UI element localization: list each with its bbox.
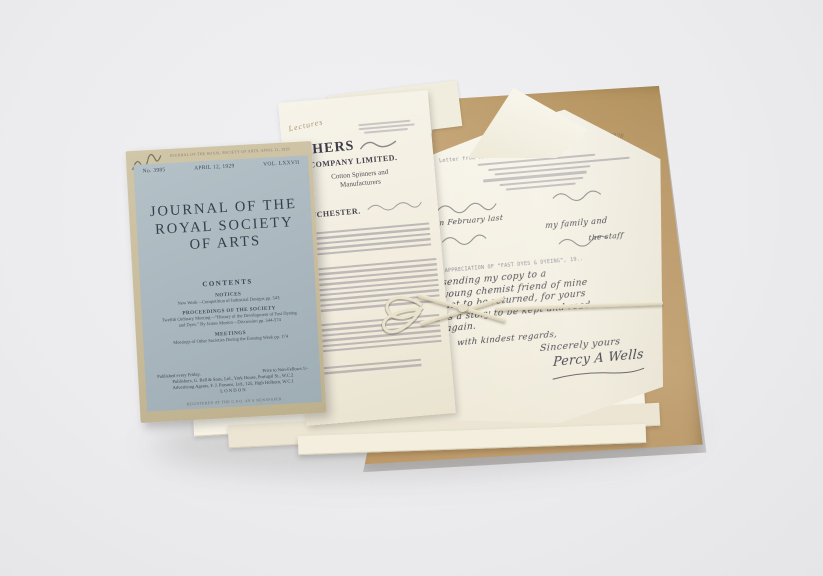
contents-section-proceedings: PROCEEDINGS OF THE SOCIETY Twelfth Ordin… xyxy=(160,304,299,329)
handwriting-body: sending my copy to a young chemist frien… xyxy=(441,260,663,336)
handwritten-date-squiggle xyxy=(365,197,424,214)
handwriting-line: sending my copy to a xyxy=(442,260,660,291)
handwriting-squiggle xyxy=(435,184,657,261)
typed-text-line xyxy=(499,176,583,186)
typed-text-line xyxy=(488,156,630,171)
typed-paragraph xyxy=(309,359,421,379)
handwriting-fragment: my family and xyxy=(545,216,608,231)
typed-text-line xyxy=(495,165,591,176)
pencil-annotation: Lectures xyxy=(288,117,324,133)
handwriting-line: not to be returned, for yours xyxy=(444,283,662,314)
typed-text-line xyxy=(506,183,576,191)
letterhead-flourish xyxy=(358,137,399,154)
regards-line: with kindest regards, xyxy=(457,320,665,348)
letterhead-address-block xyxy=(358,117,415,134)
signature-underline xyxy=(550,366,646,382)
appreciation-heading: APPRECIATION OF “FAST DYES & DYEING”, 19… xyxy=(445,250,659,275)
signature: Percy A Wells xyxy=(553,344,667,369)
typed-paragraph xyxy=(298,222,432,259)
contents-pages: pp. 174 xyxy=(274,334,288,340)
letterhead-company-name: HERS xyxy=(312,139,355,159)
journal-issue-number: No. 3985 xyxy=(143,167,166,174)
journal-cover-panel: No. 3985 APRIL 12, 1929 VOL. LXXVII JOUR… xyxy=(133,155,322,411)
journal-volume: VOL. LXXVII xyxy=(263,160,300,168)
journal-imprint: Published every Friday. Price to Non-Fel… xyxy=(153,365,313,398)
handwriting-fragment: in February last xyxy=(436,213,503,228)
contents-pages: pp. 544-574 xyxy=(259,317,281,323)
contents-pages: pp. 543 xyxy=(266,295,280,301)
photograph: Jan 1928 Letter from Mr. James Morton, E… xyxy=(0,0,823,576)
contents-section-meetings: MEETINGS Meetings of Other Societies Dur… xyxy=(161,327,299,346)
handwriting-block: in February last my family and the staff xyxy=(435,184,657,261)
handwriting-line: young chemist friend of mine xyxy=(443,271,661,302)
journal-title: JOURNAL OF THE ROYAL SOCIETY OF ARTS xyxy=(136,195,314,257)
journal-cover: JOURNAL OF THE ROYAL SOCIETY OF ARTS, AP… xyxy=(126,141,327,423)
valediction: Sincerely yours xyxy=(540,332,666,354)
handwriting-fragment: the staff xyxy=(588,231,623,243)
journal-issue-date: APRIL 12, 1929 xyxy=(194,163,235,171)
contents-section-notices: NOTICES New Work—Competition of Industri… xyxy=(159,288,297,307)
typed-text-line xyxy=(483,171,587,182)
string-bow-loops xyxy=(372,284,436,346)
